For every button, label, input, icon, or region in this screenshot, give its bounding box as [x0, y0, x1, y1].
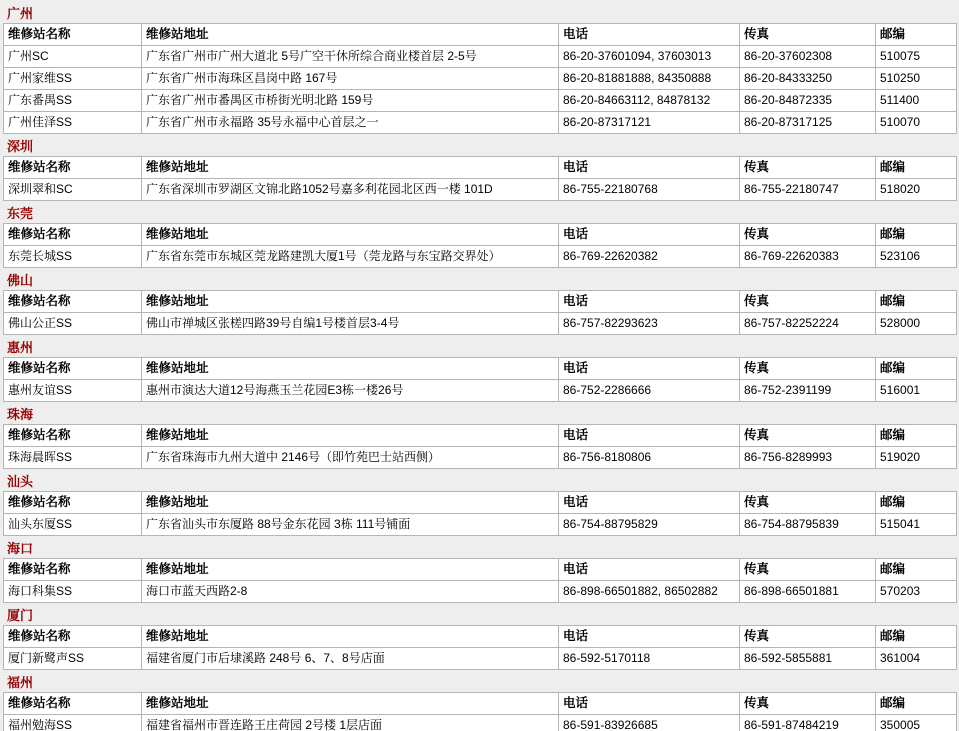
- station-address-cell: 广东省广州市海珠区昌岗中路 167号: [142, 68, 559, 90]
- stations-table: 维修站名称 维修站地址 电话 传真 邮编 东莞长城SS广东省东莞市东城区莞龙路建…: [3, 223, 957, 268]
- column-header-phone: 电话: [559, 157, 740, 179]
- table-header-row: 维修站名称 维修站地址 电话 传真 邮编: [4, 693, 957, 715]
- station-name-cell: 广州SC: [4, 46, 142, 68]
- table-header-row: 维修站名称 维修站地址 电话 传真 邮编: [4, 291, 957, 313]
- city-heading: 海口: [7, 542, 956, 555]
- city-section: 深圳 维修站名称 维修站地址 电话 传真 邮编 深圳翠和SC广东省深圳市罗湖区文…: [3, 140, 956, 201]
- station-row: 深圳翠和SC广东省深圳市罗湖区文锦北路1052号嘉多利花园北区西一楼 101D8…: [4, 179, 957, 201]
- phone-cell: 86-20-87317121: [559, 112, 740, 134]
- station-name-cell: 珠海晨晖SS: [4, 447, 142, 469]
- column-header-fax: 传真: [740, 693, 876, 715]
- station-row: 汕头东厦SS广东省汕头市东厦路 88号金东花园 3栋 111号铺面86-754-…: [4, 514, 957, 536]
- column-header-zipcode: 邮编: [876, 24, 957, 46]
- city-section: 汕头 维修站名称 维修站地址 电话 传真 邮编 汕头东厦SS广东省汕头市东厦路 …: [3, 475, 956, 536]
- phone-cell: 86-20-37601094, 37603013: [559, 46, 740, 68]
- station-row: 广东番禺SS广东省广州市番禺区市桥街光明北路 159号86-20-8466311…: [4, 90, 957, 112]
- station-row: 福州勉海SS福建省福州市晋连路王庄荷园 2号楼 1层店面86-591-83926…: [4, 715, 957, 731]
- city-heading: 广州: [7, 7, 956, 20]
- station-row: 厦门新鹭声SS福建省厦门市后埭溪路 248号 6、7、8号店面86-592-51…: [4, 648, 957, 670]
- column-header-phone: 电话: [559, 626, 740, 648]
- stations-table: 维修站名称 维修站地址 电话 传真 邮编 汕头东厦SS广东省汕头市东厦路 88号…: [3, 491, 957, 536]
- fax-cell: 86-754-88795839: [740, 514, 876, 536]
- station-address-cell: 海口市蓝天西路2-8: [142, 581, 559, 603]
- zipcode-cell: 515041: [876, 514, 957, 536]
- table-header-row: 维修站名称 维修站地址 电话 传真 邮编: [4, 425, 957, 447]
- column-header-fax: 传真: [740, 559, 876, 581]
- city-heading: 福州: [7, 676, 956, 689]
- station-address-cell: 佛山市禅城区张槎四路39号自编1号楼首层3-4号: [142, 313, 559, 335]
- column-header-station-address: 维修站地址: [142, 291, 559, 313]
- stations-table: 维修站名称 维修站地址 电话 传真 邮编 厦门新鹭声SS福建省厦门市后埭溪路 2…: [3, 625, 957, 670]
- city-heading: 惠州: [7, 341, 956, 354]
- station-row: 东莞长城SS广东省东莞市东城区莞龙路建凯大厦1号（莞龙路与东宝路交界处）86-7…: [4, 246, 957, 268]
- station-name-cell: 广东番禺SS: [4, 90, 142, 112]
- station-row: 惠州友谊SS惠州市演达大道12号海燕玉兰花园E3栋一楼26号86-752-228…: [4, 380, 957, 402]
- column-header-phone: 电话: [559, 693, 740, 715]
- station-name-cell: 厦门新鹭声SS: [4, 648, 142, 670]
- zipcode-cell: 528000: [876, 313, 957, 335]
- column-header-phone: 电话: [559, 291, 740, 313]
- column-header-station-name: 维修站名称: [4, 24, 142, 46]
- column-header-fax: 传真: [740, 291, 876, 313]
- zipcode-cell: 516001: [876, 380, 957, 402]
- fax-cell: 86-756-8289993: [740, 447, 876, 469]
- city-section: 海口 维修站名称 维修站地址 电话 传真 邮编 海口科集SS海口市蓝天西路2-8…: [3, 542, 956, 603]
- zipcode-cell: 350005: [876, 715, 957, 731]
- phone-cell: 86-752-2286666: [559, 380, 740, 402]
- phone-cell: 86-755-22180768: [559, 179, 740, 201]
- table-header-row: 维修站名称 维修站地址 电话 传真 邮编: [4, 492, 957, 514]
- city-section: 惠州 维修站名称 维修站地址 电话 传真 邮编 惠州友谊SS惠州市演达大道12号…: [3, 341, 956, 402]
- column-header-fax: 传真: [740, 157, 876, 179]
- fax-cell: 86-20-84872335: [740, 90, 876, 112]
- phone-cell: 86-757-82293623: [559, 313, 740, 335]
- fax-cell: 86-752-2391199: [740, 380, 876, 402]
- city-heading: 珠海: [7, 408, 956, 421]
- table-header-row: 维修站名称 维修站地址 电话 传真 邮编: [4, 358, 957, 380]
- station-row: 佛山公正SS佛山市禅城区张槎四路39号自编1号楼首层3-4号86-757-822…: [4, 313, 957, 335]
- station-name-cell: 福州勉海SS: [4, 715, 142, 731]
- column-header-phone: 电话: [559, 224, 740, 246]
- column-header-station-address: 维修站地址: [142, 626, 559, 648]
- phone-cell: 86-20-84663112, 84878132: [559, 90, 740, 112]
- column-header-phone: 电话: [559, 492, 740, 514]
- zipcode-cell: 510075: [876, 46, 957, 68]
- fax-cell: 86-769-22620383: [740, 246, 876, 268]
- fax-cell: 86-592-5855881: [740, 648, 876, 670]
- column-header-phone: 电话: [559, 559, 740, 581]
- stations-table: 维修站名称 维修站地址 电话 传真 邮编 深圳翠和SC广东省深圳市罗湖区文锦北路…: [3, 156, 957, 201]
- phone-cell: 86-769-22620382: [559, 246, 740, 268]
- column-header-station-address: 维修站地址: [142, 425, 559, 447]
- column-header-station-name: 维修站名称: [4, 224, 142, 246]
- station-name-cell: 广州家维SS: [4, 68, 142, 90]
- city-heading: 深圳: [7, 140, 956, 153]
- column-header-zipcode: 邮编: [876, 157, 957, 179]
- column-header-fax: 传真: [740, 492, 876, 514]
- station-row: 珠海晨晖SS广东省珠海市九州大道中 2146号（即竹苑巴士站西侧）86-756-…: [4, 447, 957, 469]
- column-header-zipcode: 邮编: [876, 425, 957, 447]
- station-name-cell: 东莞长城SS: [4, 246, 142, 268]
- station-row: 海口科集SS海口市蓝天西路2-886-898-66501882, 8650288…: [4, 581, 957, 603]
- column-header-fax: 传真: [740, 626, 876, 648]
- column-header-station-address: 维修站地址: [142, 157, 559, 179]
- zipcode-cell: 510070: [876, 112, 957, 134]
- phone-cell: 86-592-5170118: [559, 648, 740, 670]
- column-header-zipcode: 邮编: [876, 559, 957, 581]
- station-address-cell: 福建省福州市晋连路王庄荷园 2号楼 1层店面: [142, 715, 559, 731]
- city-heading: 东莞: [7, 207, 956, 220]
- column-header-fax: 传真: [740, 425, 876, 447]
- fax-cell: 86-20-37602308: [740, 46, 876, 68]
- table-header-row: 维修站名称 维修站地址 电话 传真 邮编: [4, 24, 957, 46]
- table-header-row: 维修站名称 维修站地址 电话 传真 邮编: [4, 224, 957, 246]
- station-address-cell: 广东省广州市广州大道北 5号广空干休所综合商业楼首层 2-5号: [142, 46, 559, 68]
- stations-table: 维修站名称 维修站地址 电话 传真 邮编 广州SC广东省广州市广州大道北 5号广…: [3, 23, 957, 134]
- station-name-cell: 广州佳泽SS: [4, 112, 142, 134]
- station-address-cell: 福建省厦门市后埭溪路 248号 6、7、8号店面: [142, 648, 559, 670]
- stations-table: 维修站名称 维修站地址 电话 传真 邮编 惠州友谊SS惠州市演达大道12号海燕玉…: [3, 357, 957, 402]
- column-header-station-name: 维修站名称: [4, 626, 142, 648]
- station-address-cell: 广东省东莞市东城区莞龙路建凯大厦1号（莞龙路与东宝路交界处）: [142, 246, 559, 268]
- fax-cell: 86-20-84333250: [740, 68, 876, 90]
- column-header-station-name: 维修站名称: [4, 358, 142, 380]
- station-row: 广州佳泽SS广东省广州市永福路 35号永福中心首层之一86-20-8731712…: [4, 112, 957, 134]
- fax-cell: 86-757-82252224: [740, 313, 876, 335]
- table-header-row: 维修站名称 维修站地址 电话 传真 邮编: [4, 559, 957, 581]
- column-header-station-name: 维修站名称: [4, 291, 142, 313]
- fax-cell: 86-591-87484219: [740, 715, 876, 731]
- city-section: 珠海 维修站名称 维修站地址 电话 传真 邮编 珠海晨晖SS广东省珠海市九州大道…: [3, 408, 956, 469]
- column-header-zipcode: 邮编: [876, 224, 957, 246]
- station-name-cell: 汕头东厦SS: [4, 514, 142, 536]
- column-header-fax: 传真: [740, 358, 876, 380]
- city-section: 厦门 维修站名称 维修站地址 电话 传真 邮编 厦门新鹭声SS福建省厦门市后埭溪…: [3, 609, 956, 670]
- fax-cell: 86-755-22180747: [740, 179, 876, 201]
- column-header-station-address: 维修站地址: [142, 358, 559, 380]
- column-header-fax: 传真: [740, 24, 876, 46]
- column-header-station-address: 维修站地址: [142, 24, 559, 46]
- zipcode-cell: 518020: [876, 179, 957, 201]
- column-header-station-name: 维修站名称: [4, 492, 142, 514]
- column-header-phone: 电话: [559, 358, 740, 380]
- station-address-cell: 广东省汕头市东厦路 88号金东花园 3栋 111号铺面: [142, 514, 559, 536]
- column-header-zipcode: 邮编: [876, 358, 957, 380]
- stations-table: 维修站名称 维修站地址 电话 传真 邮编 珠海晨晖SS广东省珠海市九州大道中 2…: [3, 424, 957, 469]
- column-header-station-name: 维修站名称: [4, 425, 142, 447]
- column-header-zipcode: 邮编: [876, 626, 957, 648]
- zipcode-cell: 361004: [876, 648, 957, 670]
- city-heading: 汕头: [7, 475, 956, 488]
- zipcode-cell: 511400: [876, 90, 957, 112]
- zipcode-cell: 519020: [876, 447, 957, 469]
- column-header-zipcode: 邮编: [876, 693, 957, 715]
- column-header-station-name: 维修站名称: [4, 559, 142, 581]
- table-header-row: 维修站名称 维修站地址 电话 传真 邮编: [4, 157, 957, 179]
- city-section: 佛山 维修站名称 维修站地址 电话 传真 邮编 佛山公正SS佛山市禅城区张槎四路…: [3, 274, 956, 335]
- stations-table: 维修站名称 维修站地址 电话 传真 邮编 佛山公正SS佛山市禅城区张槎四路39号…: [3, 290, 957, 335]
- phone-cell: 86-898-66501882, 86502882: [559, 581, 740, 603]
- city-section: 东莞 维修站名称 维修站地址 电话 传真 邮编 东莞长城SS广东省东莞市东城区莞…: [3, 207, 956, 268]
- station-row: 广州家维SS广东省广州市海珠区昌岗中路 167号86-20-81881888, …: [4, 68, 957, 90]
- station-name-cell: 惠州友谊SS: [4, 380, 142, 402]
- stations-table: 维修站名称 维修站地址 电话 传真 邮编 海口科集SS海口市蓝天西路2-886-…: [3, 558, 957, 603]
- zipcode-cell: 510250: [876, 68, 957, 90]
- column-header-zipcode: 邮编: [876, 492, 957, 514]
- column-header-station-address: 维修站地址: [142, 559, 559, 581]
- phone-cell: 86-591-83926685: [559, 715, 740, 731]
- city-heading: 佛山: [7, 274, 956, 287]
- station-address-cell: 广东省广州市番禺区市桥街光明北路 159号: [142, 90, 559, 112]
- station-name-cell: 佛山公正SS: [4, 313, 142, 335]
- station-row: 广州SC广东省广州市广州大道北 5号广空干休所综合商业楼首层 2-5号86-20…: [4, 46, 957, 68]
- zipcode-cell: 523106: [876, 246, 957, 268]
- phone-cell: 86-20-81881888, 84350888: [559, 68, 740, 90]
- column-header-station-name: 维修站名称: [4, 157, 142, 179]
- station-address-cell: 广东省广州市永福路 35号永福中心首层之一: [142, 112, 559, 134]
- city-section: 福州 维修站名称 维修站地址 电话 传真 邮编 福州勉海SS福建省福州市晋连路王…: [3, 676, 956, 731]
- city-heading: 厦门: [7, 609, 956, 622]
- column-header-phone: 电话: [559, 425, 740, 447]
- column-header-station-address: 维修站地址: [142, 224, 559, 246]
- table-header-row: 维修站名称 维修站地址 电话 传真 邮编: [4, 626, 957, 648]
- zipcode-cell: 570203: [876, 581, 957, 603]
- phone-cell: 86-756-8180806: [559, 447, 740, 469]
- stations-table: 维修站名称 维修站地址 电话 传真 邮编 福州勉海SS福建省福州市晋连路王庄荷园…: [3, 692, 957, 731]
- column-header-station-address: 维修站地址: [142, 693, 559, 715]
- column-header-fax: 传真: [740, 224, 876, 246]
- station-address-cell: 广东省深圳市罗湖区文锦北路1052号嘉多利花园北区西一楼 101D: [142, 179, 559, 201]
- station-address-cell: 广东省珠海市九州大道中 2146号（即竹苑巴士站西侧）: [142, 447, 559, 469]
- station-name-cell: 海口科集SS: [4, 581, 142, 603]
- column-header-phone: 电话: [559, 24, 740, 46]
- station-name-cell: 深圳翠和SC: [4, 179, 142, 201]
- column-header-zipcode: 邮编: [876, 291, 957, 313]
- service-station-directory: 广州 维修站名称 维修站地址 电话 传真 邮编 广州SC广东省广州市广州大道北 …: [0, 0, 959, 731]
- fax-cell: 86-20-87317125: [740, 112, 876, 134]
- city-section: 广州 维修站名称 维修站地址 电话 传真 邮编 广州SC广东省广州市广州大道北 …: [3, 7, 956, 134]
- column-header-station-address: 维修站地址: [142, 492, 559, 514]
- station-address-cell: 惠州市演达大道12号海燕玉兰花园E3栋一楼26号: [142, 380, 559, 402]
- fax-cell: 86-898-66501881: [740, 581, 876, 603]
- column-header-station-name: 维修站名称: [4, 693, 142, 715]
- phone-cell: 86-754-88795829: [559, 514, 740, 536]
